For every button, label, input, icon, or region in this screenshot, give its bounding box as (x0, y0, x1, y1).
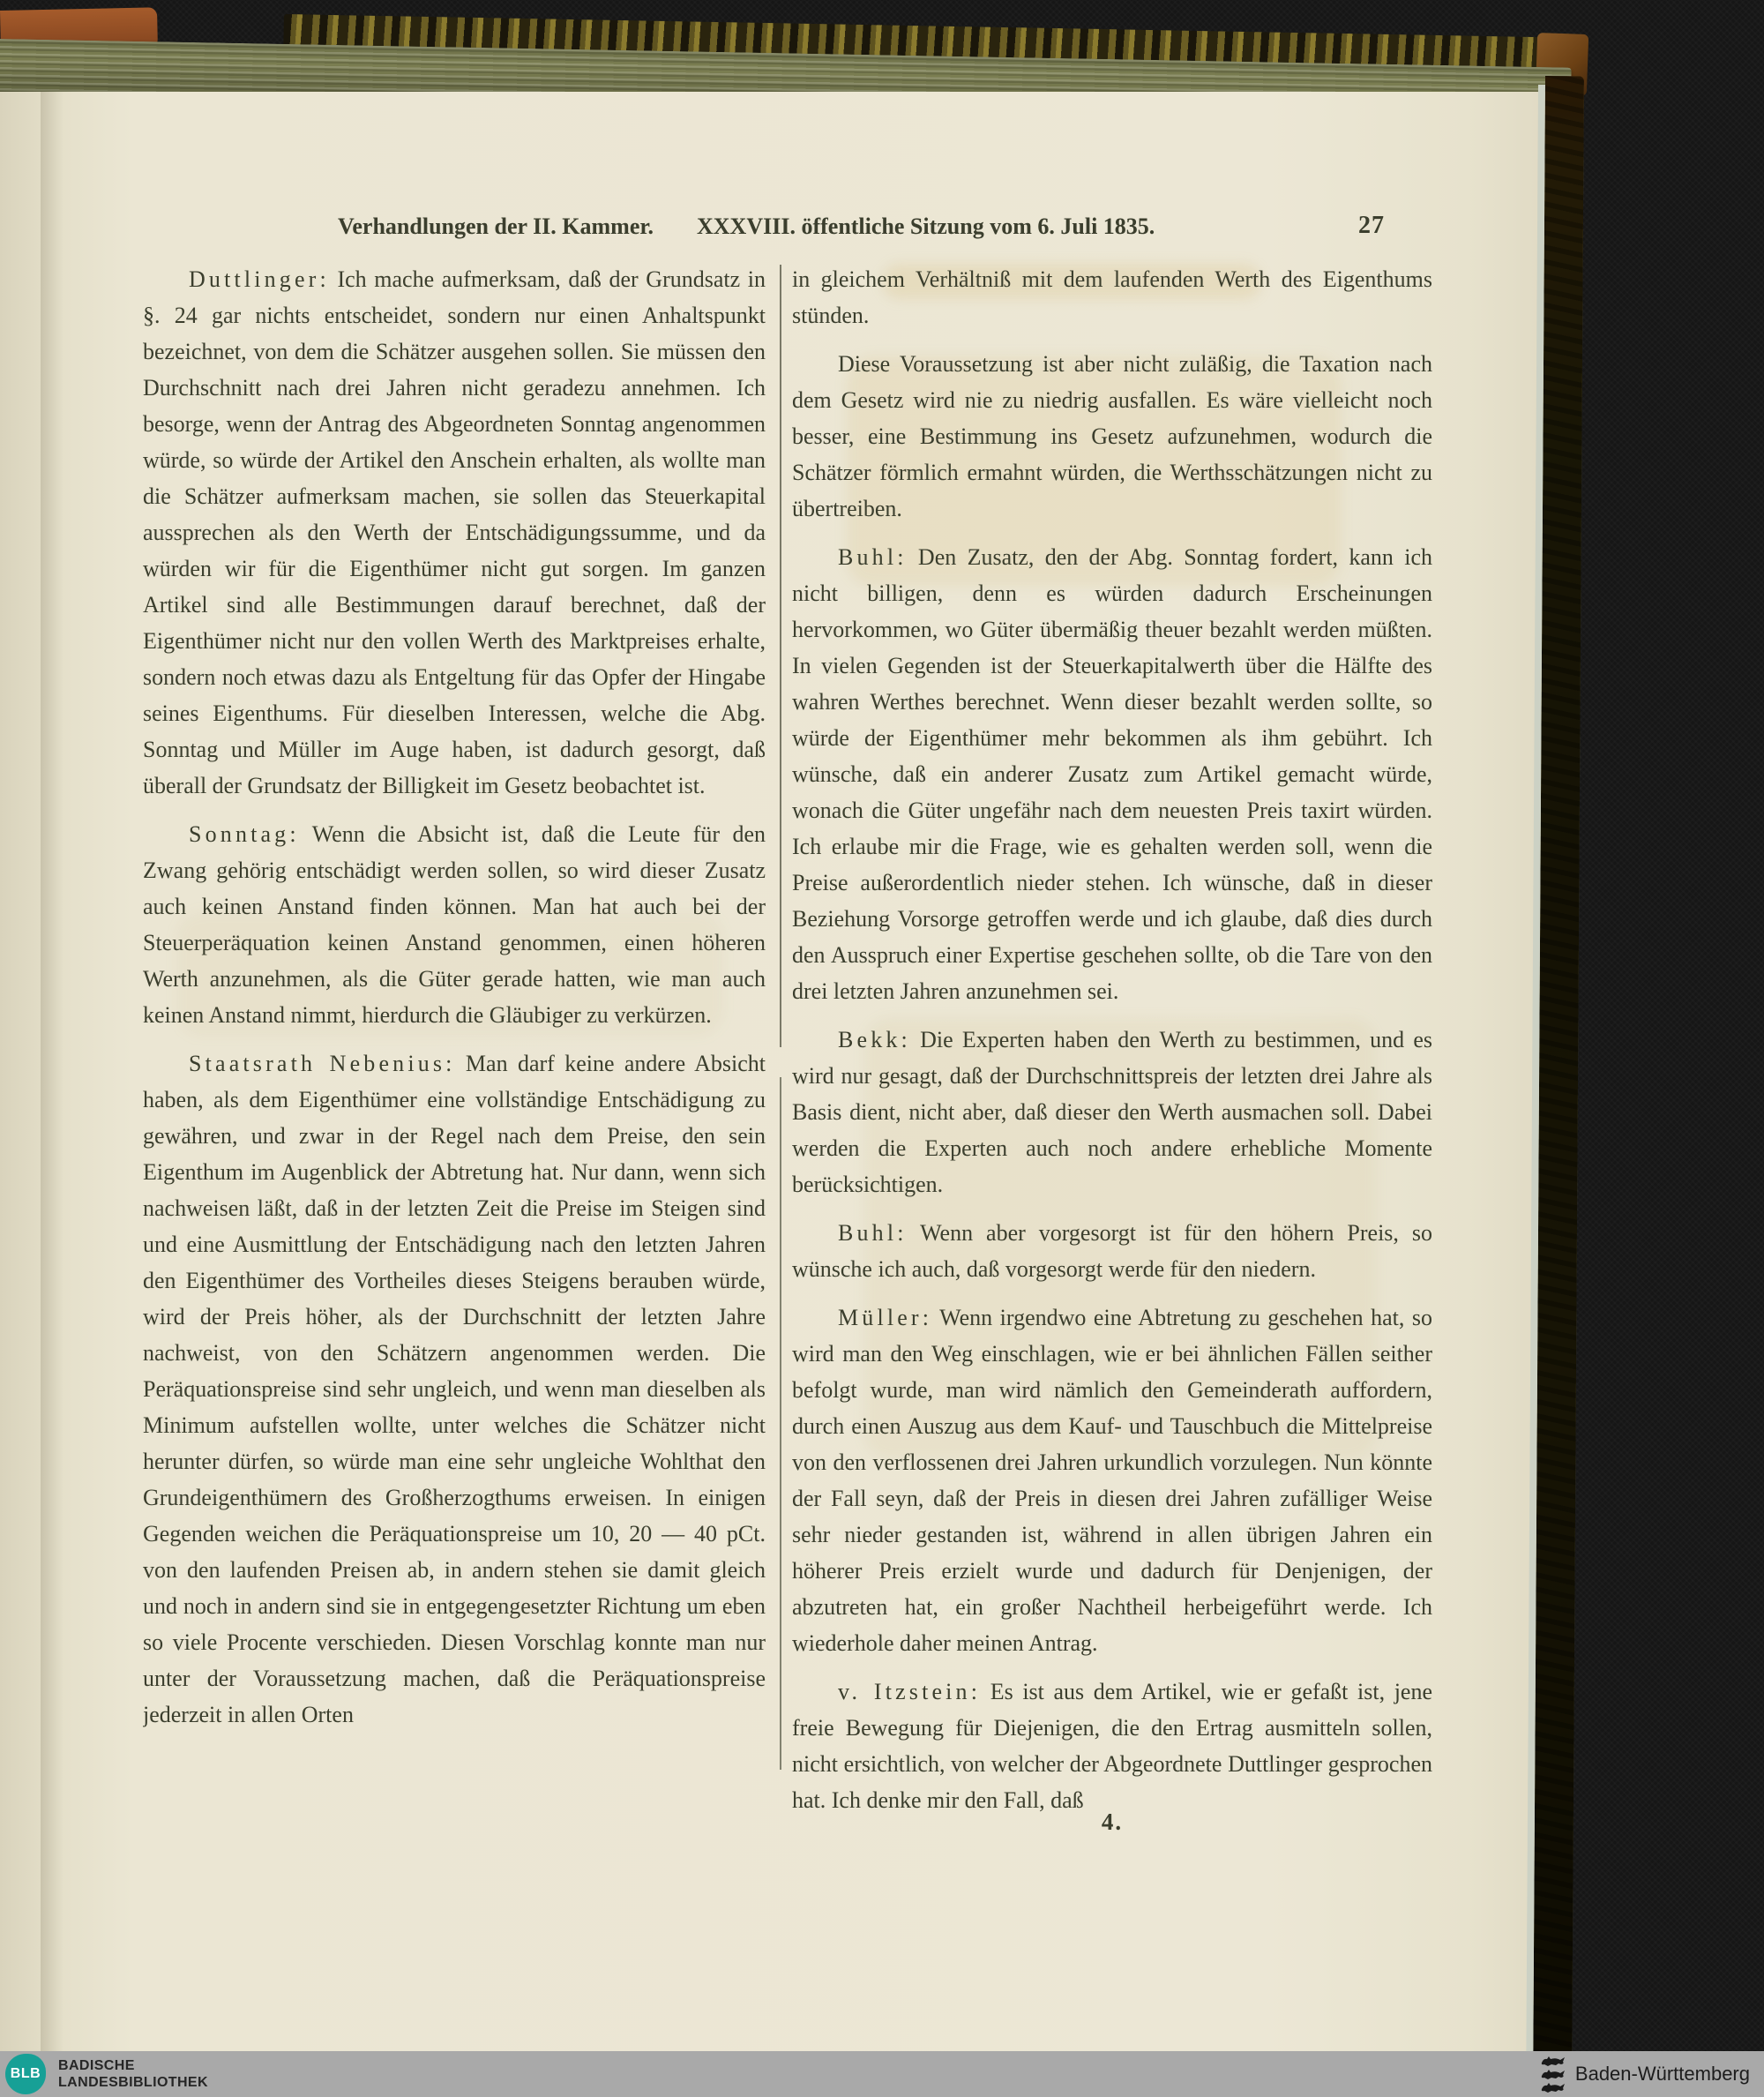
speaker-name: Sonntag: (189, 821, 300, 847)
library-name: BADISCHE LANDESBIBLIOTHEK (58, 2057, 208, 2091)
paragraph: Müller: Wenn irgendwo eine Abtretung zu … (792, 1299, 1432, 1661)
paragraph: v. Itzstein: Es ist aus dem Artikel, wie… (792, 1674, 1432, 1814)
blb-logo: BLB (5, 2054, 46, 2094)
library-name-line1: BADISCHE (58, 2057, 208, 2074)
page-header: Verhandlungen der II. Kammer. XXXVIII. ö… (0, 213, 1545, 252)
speaker-name: Buhl: (838, 1220, 908, 1246)
speaker-name: v. Itzstein: (838, 1679, 981, 1704)
paragraph: Buhl: Wenn aber vorgesorgt ist für den h… (792, 1215, 1432, 1287)
speaker-name: Buhl: (838, 544, 908, 570)
paragraph: Duttlinger: Ich mache aufmerksam, daß de… (143, 261, 766, 804)
blb-logo-text: BLB (11, 2066, 41, 2082)
column-divider-rule (780, 265, 781, 1770)
speaker-name: Staatsrath Nebenius: (189, 1051, 456, 1076)
paragraph: Staatsrath Nebenius: Man darf keine ande… (143, 1045, 766, 1733)
scan-viewport: Verhandlungen der II. Kammer. XXXVIII. ö… (0, 0, 1764, 2097)
paragraph: Diese Voraussetzung ist aber nicht zuläß… (792, 346, 1432, 527)
page-number: 27 (1358, 212, 1385, 240)
header-chamber-title: Verhandlungen der II. Kammer. (338, 213, 654, 240)
paragraph: in gleichem Verhältniß mit dem laufenden… (792, 261, 1432, 333)
viewer-footer: BLB BADISCHE LANDESBIBLIOTHEK Baden-Würt… (0, 2051, 1764, 2097)
speaker-name: Bekk: (838, 1027, 911, 1052)
state-brand: Baden-Württemberg (1540, 2051, 1750, 2097)
paragraph: Bekk: Die Experten haben den Werth zu be… (792, 1022, 1432, 1202)
header-session-title: XXXVIII. öffentliche Sitzung vom 6. Juli… (697, 213, 1155, 240)
signature-mark: 4. (792, 1809, 1432, 1836)
paragraph: Sonntag: Wenn die Absicht ist, daß die L… (143, 816, 766, 1033)
speaker-name: Duttlinger: (189, 266, 330, 292)
speaker-name: Müller: (838, 1305, 932, 1330)
state-name: Baden-Württemberg (1575, 2063, 1750, 2086)
left-column: Duttlinger: Ich mache aufmerksam, daß de… (143, 261, 766, 1814)
baden-wuerttemberg-lions-icon (1540, 2055, 1566, 2093)
library-name-line2: LANDESBIBLIOTHEK (58, 2074, 208, 2091)
right-column: in gleichem Verhältniß mit dem laufenden… (792, 261, 1432, 1814)
book-page: Verhandlungen der II. Kammer. XXXVIII. ö… (0, 92, 1545, 2097)
page-gutter-shadow (41, 92, 64, 2097)
paragraph: Buhl: Den Zusatz, den der Abg. Sonntag f… (792, 539, 1432, 1009)
